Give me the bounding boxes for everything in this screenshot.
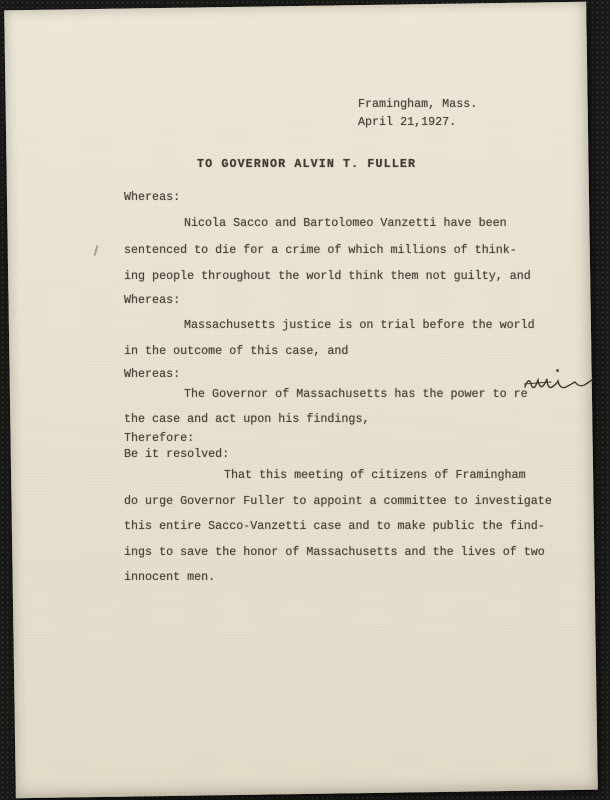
typed-line: do urge Governor Fuller to appoint a com… [124,494,552,508]
letter-title: TO GOVERNOR ALVIN T. FULLER [197,157,416,171]
typed-line: Be it resolved: [124,447,229,461]
typed-line: the case and act upon his findings, [124,412,369,426]
typed-line: ing people throughout the world think th… [124,269,531,283]
typed-line: sentenced to die for a crime of which mi… [124,243,517,257]
typed-line: Massachusetts justice is on trial before… [184,318,535,332]
typed-line: innocent men. [124,570,215,584]
typed-line: That this meeting of citizens of Framing… [224,468,526,482]
paper-speck [252,249,254,251]
typed-line: Whereas: [124,190,180,204]
photograph-of-letter: { "doc": { "place_line": "Framingham, Ma… [0,0,610,800]
typed-line: ings to save the honor of Massachusetts … [124,545,545,559]
typed-line: this entire Sacco-Vanzetti case and to m… [124,519,545,533]
ink-dot [556,369,559,372]
dateline-date: April 21,1927. [358,115,456,129]
pencil-mark [94,245,98,256]
typed-line: Whereas: [124,367,180,381]
typed-line: The Governor of Massachusetts has the po… [184,387,528,401]
typed-line: Whereas: [124,293,180,307]
typed-line: in the outcome of this case, and [124,344,348,358]
typed-text-layer: Framingham, Mass. April 21,1927. TO GOVE… [0,0,610,800]
handwritten-correction: view [524,374,594,396]
typed-line: Therefore: [124,431,194,445]
dateline-place: Framingham, Mass. [358,97,477,111]
typed-line: Nicola Sacco and Bartolomeo Vanzetti hav… [184,216,507,230]
